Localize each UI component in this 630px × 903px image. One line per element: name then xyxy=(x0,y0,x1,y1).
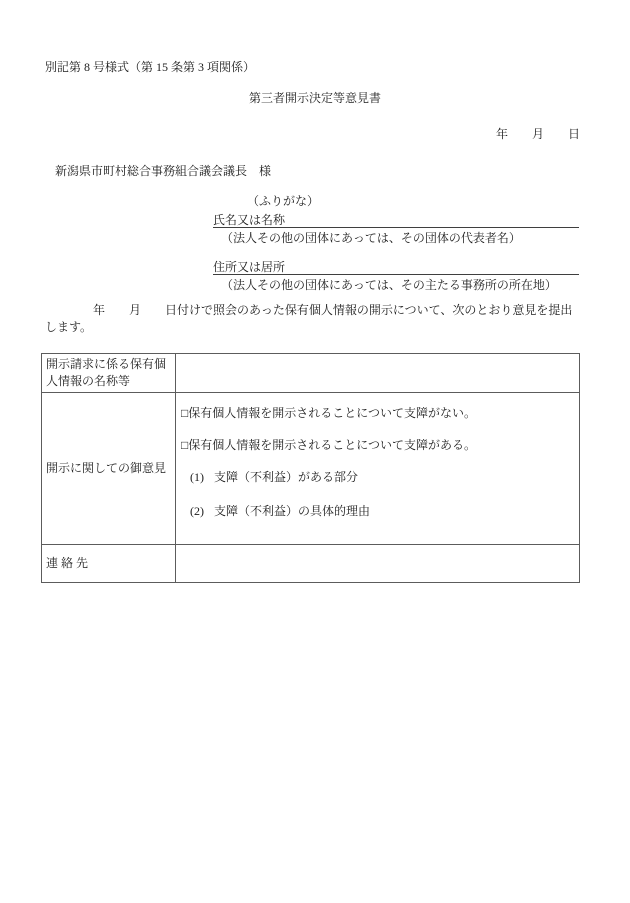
item-number: (2) xyxy=(190,503,204,519)
name-field-underline: 氏名又は名称 xyxy=(213,213,579,228)
objection-item-2: (2)支障（不利益）の具体的理由 xyxy=(190,503,573,519)
option-no-objection-label: 保有個人情報を開示されることについて支障がない。 xyxy=(188,406,476,420)
name-label: 氏名又は名称 xyxy=(213,213,285,227)
item-number: (1) xyxy=(190,469,204,485)
address-note: （法人その他の団体にあっては、その主たる事務所の所在地） xyxy=(213,275,579,293)
option-no-objection: □保有個人情報を開示されることについて支障がない。 xyxy=(181,405,573,421)
furigana-label: （ふりがな） xyxy=(213,194,579,213)
addressee-line: 新潟県市町村総合事務組合議会議長 様 xyxy=(55,163,271,179)
objection-item-2-label: 支障（不利益）の具体的理由 xyxy=(214,504,370,518)
table-row: 連 絡 先 xyxy=(42,545,580,583)
objection-item-1-label: 支障（不利益）がある部分 xyxy=(214,470,358,484)
objection-item-1: (1)支障（不利益）がある部分 xyxy=(190,469,573,485)
date-blank-line: 年 月 日 xyxy=(496,126,580,142)
page-title: 第三者開示決定等意見書 xyxy=(0,90,630,106)
disclosure-info-name-value-cell[interactable] xyxy=(176,354,580,393)
body-paragraph-line2: します。 xyxy=(45,319,586,336)
address-label: 住所又は居所 xyxy=(213,260,285,274)
opinion-label-cell: 開示に関しての御意見 xyxy=(42,393,176,545)
address-field-underline: 住所又は居所 xyxy=(213,260,579,275)
body-paragraph-line1: 年 月 日付けで照会のあった保有個人情報の開示について、次のとおり意見を提出 xyxy=(45,302,586,319)
form-number: 別記第 8 号様式（第 15 条第 3 項関係） xyxy=(45,59,255,75)
opinion-form-table: 開示請求に係る保有個人情報の名称等 開示に関しての御意見 □保有個人情報を開示さ… xyxy=(41,353,580,583)
contact-label-cell: 連 絡 先 xyxy=(42,545,176,583)
option-objection-label: 保有個人情報を開示されることについて支障がある。 xyxy=(188,438,476,452)
body-paragraph: 年 月 日付けで照会のあった保有個人情報の開示について、次のとおり意見を提出 し… xyxy=(45,302,586,336)
table-row: 開示に関しての御意見 □保有個人情報を開示されることについて支障がない。 □保有… xyxy=(42,393,580,545)
name-note: （法人その他の団体にあっては、その団体の代表者名） xyxy=(213,228,579,246)
contact-value-cell[interactable] xyxy=(176,545,580,583)
table-row: 開示請求に係る保有個人情報の名称等 xyxy=(42,354,580,393)
applicant-name-address-block: （ふりがな） 氏名又は名称 （法人その他の団体にあっては、その団体の代表者名） … xyxy=(213,194,579,293)
disclosure-info-name-label-cell: 開示請求に係る保有個人情報の名称等 xyxy=(42,354,176,393)
option-objection: □保有個人情報を開示されることについて支障がある。 xyxy=(181,437,573,453)
document-page: 別記第 8 号様式（第 15 条第 3 項関係） 第三者開示決定等意見書 年 月… xyxy=(0,0,630,903)
opinion-content-cell: □保有個人情報を開示されることについて支障がない。 □保有個人情報を開示されるこ… xyxy=(176,393,580,545)
block-spacer xyxy=(213,246,579,260)
